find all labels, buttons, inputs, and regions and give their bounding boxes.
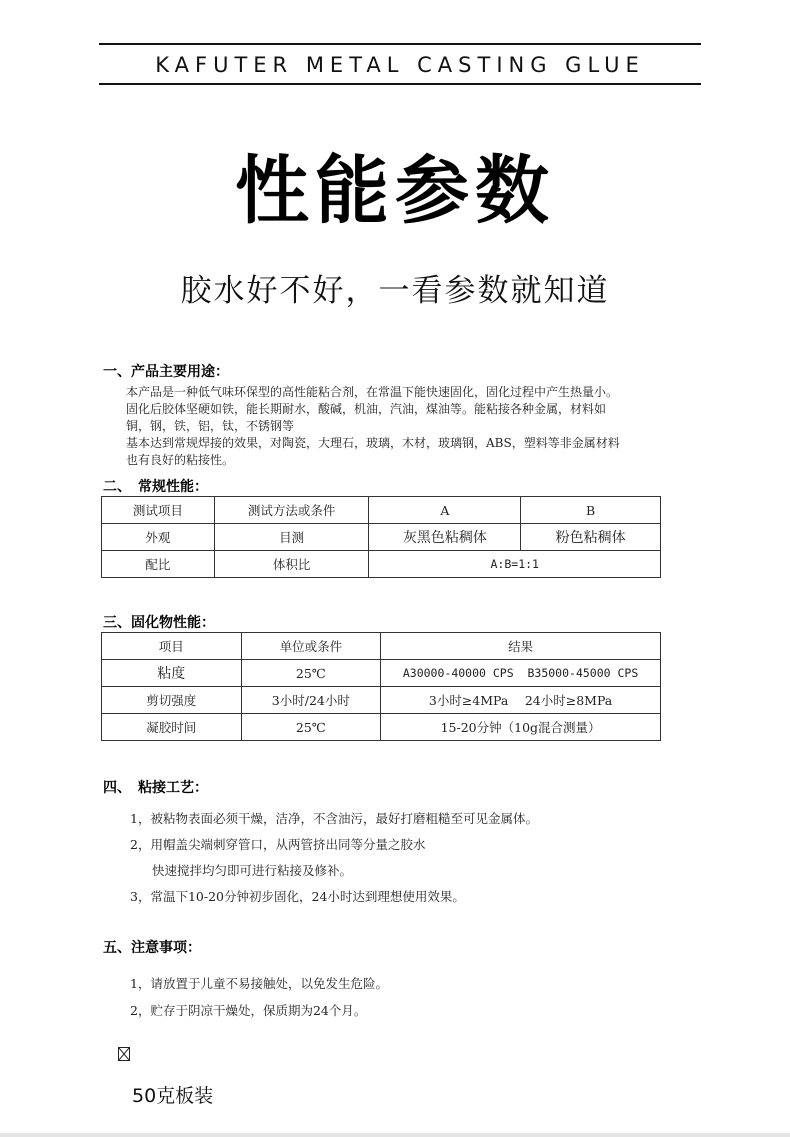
table-row: 配比 体积比 A:B=1:1 [102,551,661,578]
precaution-item: 1，请放置于儿童不易接触处，以免发生危险。 [130,974,388,992]
table-cell: 15-20分钟（10g混合测量） [381,714,661,741]
process-step-continuation: 快速搅拌均匀即可进行粘接及修补。 [152,861,352,879]
table-header-row: 测试项目 测试方法或条件 A B [102,497,661,524]
table-row: 剪切强度 3小时/24小时 3小时≥4MPa 24小时≥8MPa [102,687,661,714]
usage-line: 固化后胶体坚硬如铁，能长期耐水，酸碱，机油，汽油，煤油等。能粘接各种金属，材料如 [126,401,686,418]
section-heading-general-properties: 二、 常规性能： [103,476,208,496]
brand-banner: KAFUTER METAL CASTING GLUE [99,53,701,77]
table-row: 凝胶时间 25℃ 15-20分钟（10g混合测量） [102,714,661,741]
table-row: 粘度 25℃ A30000-40000 CPS B35000-45000 CPS [102,660,661,687]
table-cell: 体积比 [214,551,369,578]
header-cell: 结果 [381,633,661,660]
usage-line: 基本达到常规焊接的效果，对陶瓷，大理石，玻璃，木材，玻璃钢，ABS，塑料等非金属… [126,435,686,452]
cured-properties-table: 项目 单位或条件 结果 粘度 25℃ A30000-40000 CPS B350… [101,632,661,741]
top-rule [99,43,701,45]
usage-line: 也有良好的粘接性。 [126,452,686,469]
table-cell: 凝胶时间 [102,714,242,741]
package-label: 50克板装 [132,1081,213,1108]
table-cell: 配比 [102,551,215,578]
header-cell: 项目 [102,633,242,660]
table-cell: 3小时/24小时 [241,687,381,714]
process-step: 3，常温下10-20分钟初步固化，24小时达到理想使用效果。 [130,887,465,905]
general-properties-table: 测试项目 测试方法或条件 A B 外观 目测 灰黑色粘稠体 粉色粘稠体 配比 体… [101,496,661,578]
broken-image-box-icon [118,1047,130,1061]
table-cell: 剪切强度 [102,687,242,714]
section-heading-usage: 一、产品主要用途： [103,361,229,381]
usage-line: 铜，钢，铁，铝，钛，不锈钢等 [126,418,686,435]
process-step: 1，被粘物表面必须干燥，洁净，不含油污，最好打磨粗糙至可见金属体。 [130,809,538,827]
page-bottom-edge [0,1133,790,1137]
usage-line: 本产品是一种低气味环保型的高性能粘合剂，在常温下能快速固化，固化过程中产生热量小… [126,384,686,401]
header-cell: A [369,497,521,524]
section-heading-precautions: 五、注意事项： [103,937,201,957]
header-cell: 测试方法或条件 [214,497,369,524]
table-cell: 25℃ [241,714,381,741]
table-cell: 粉色粘稠体 [521,524,661,551]
table-row: 外观 目测 灰黑色粘稠体 粉色粘稠体 [102,524,661,551]
table-cell: 粘度 [102,660,242,687]
table-cell: 目测 [214,524,369,551]
page-title: 性能参数 [0,132,790,238]
section-heading-cured-properties: 三、固化物性能： [103,612,215,632]
header-cell: B [521,497,661,524]
table-header-row: 项目 单位或条件 结果 [102,633,661,660]
table-cell-ratio: A:B=1:1 [369,551,661,578]
table-cell: A30000-40000 CPS B35000-45000 CPS [381,660,661,687]
header-cell: 单位或条件 [241,633,381,660]
page-subtitle: 胶水好不好，一看参数就知道 [0,265,790,310]
table-cell: 25℃ [241,660,381,687]
usage-paragraph: 本产品是一种低气味环保型的高性能粘合剂，在常温下能快速固化，固化过程中产生热量小… [126,384,686,469]
table-cell: 灰黑色粘稠体 [369,524,521,551]
precaution-item: 2，贮存于阴凉干燥处，保质期为24个月。 [130,1001,366,1019]
process-step: 2，用帽盖尖端刺穿管口，从两管挤出同等分量之胶水 [130,835,425,853]
table-cell: 外观 [102,524,215,551]
table-cell: 3小时≥4MPa 24小时≥8MPa [381,687,661,714]
header-cell: 测试项目 [102,497,215,524]
bottom-rule [99,83,701,85]
section-heading-bonding-process: 四、 粘接工艺： [103,777,208,797]
